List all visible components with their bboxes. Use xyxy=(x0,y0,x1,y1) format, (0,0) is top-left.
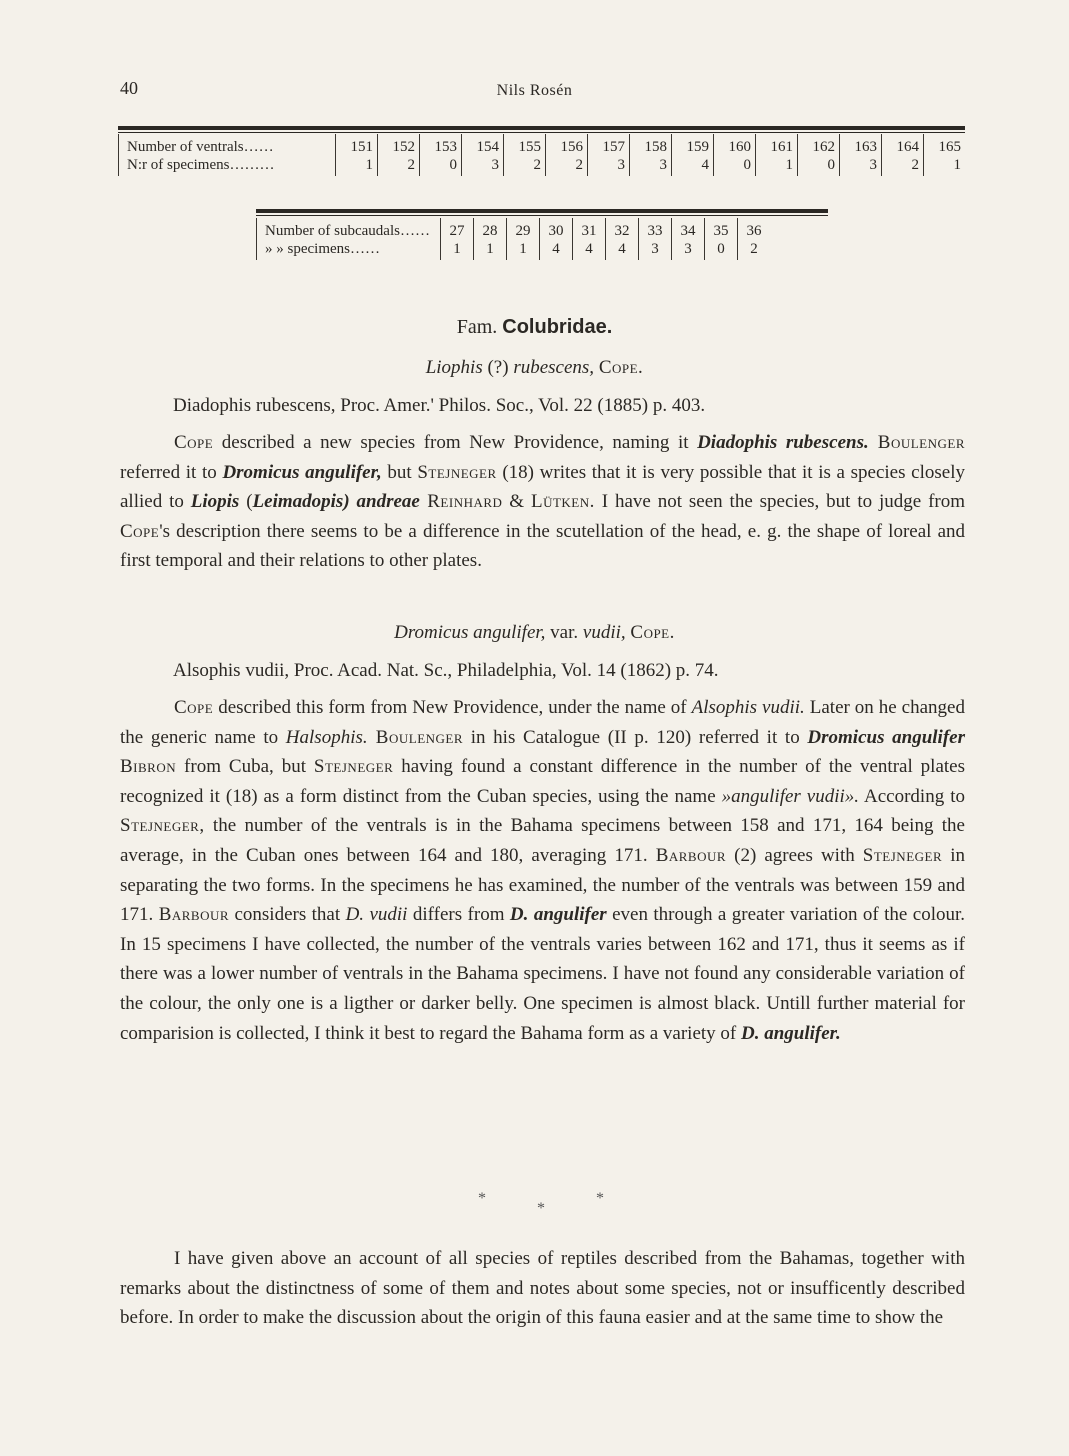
paragraph-summary: I have given above an account of all spe… xyxy=(120,1244,965,1333)
taxon-name: »angulifer vudii». xyxy=(722,786,859,807)
specimens-row: » » specimens……1114443302 xyxy=(257,240,770,260)
table-cell: 0 xyxy=(798,156,840,176)
text: in his Catalogue (II p. 120) referred it… xyxy=(463,727,807,748)
taxon-name: Alsophis vudii. xyxy=(692,697,805,718)
author-name: Boulenger xyxy=(869,432,965,453)
table-cell: 165 xyxy=(924,134,966,156)
taxon-name: Liopis xyxy=(191,491,240,512)
separator-star: * xyxy=(596,1190,604,1208)
table-cell: 160 xyxy=(714,134,756,156)
taxon-name: Dromicus angulifer xyxy=(807,727,965,748)
text: referred it to xyxy=(120,462,222,483)
ventrals-row: Number of ventrals……15115215315415515615… xyxy=(119,134,966,156)
author-name: Stejneger xyxy=(863,845,942,866)
text: described this form from New Providence,… xyxy=(213,697,691,718)
species-name: rubescens, xyxy=(513,357,594,378)
table-cell: 164 xyxy=(882,134,924,156)
table-cell: 163 xyxy=(840,134,882,156)
author-name: Barbour xyxy=(159,904,229,925)
separator-star: * xyxy=(478,1190,486,1208)
table-cell: 159 xyxy=(672,134,714,156)
table-cell: 2 xyxy=(882,156,924,176)
table-cell: 34 xyxy=(671,218,704,240)
reference-citation: Alsophis vudii, Proc. Acad. Nat. Sc., Ph… xyxy=(173,660,719,682)
table-cell: 162 xyxy=(798,134,840,156)
genus: Liophis xyxy=(426,357,483,378)
table-cell: 152 xyxy=(378,134,420,156)
taxon-name: Halsophis. xyxy=(286,727,368,748)
table-cell: 3 xyxy=(588,156,630,176)
author-name: Bibron xyxy=(120,756,176,777)
text: According to xyxy=(859,786,965,807)
separator-star: * xyxy=(537,1200,545,1218)
table-cell: 0 xyxy=(714,156,756,176)
family-name: Colubridae. xyxy=(502,316,612,338)
reference-citation: Diadophis rubescens, Proc. Amer.' Philos… xyxy=(173,395,705,417)
author: Cope. xyxy=(599,357,643,378)
table-cell: 2 xyxy=(378,156,420,176)
table-cell: 1 xyxy=(924,156,966,176)
table-cell: 4 xyxy=(572,240,605,260)
table-cell: 161 xyxy=(756,134,798,156)
taxon-name: Leimadopis) andreae xyxy=(253,491,420,512)
table-cell: 1 xyxy=(756,156,798,176)
table-cell: 29 xyxy=(506,218,539,240)
taxon-name: D. angulifer. xyxy=(741,1023,841,1044)
table-cell: 154 xyxy=(462,134,504,156)
author-name: Cope xyxy=(174,432,213,453)
table-cell: 28 xyxy=(473,218,506,240)
table-cell: 1 xyxy=(336,156,378,176)
author-name: Stejneger, xyxy=(120,815,205,836)
table-top-rule-thin xyxy=(118,132,965,133)
table-cell: 157 xyxy=(588,134,630,156)
text: ( xyxy=(239,491,252,512)
author-name: Reinhard xyxy=(420,491,503,512)
text: & xyxy=(502,491,531,512)
table-cell: 4 xyxy=(539,240,572,260)
text: (2) agrees with xyxy=(726,845,863,866)
text: but xyxy=(382,462,418,483)
table-cell: 0 xyxy=(704,240,737,260)
author: Cope. xyxy=(630,622,674,643)
author-name: Boulenger xyxy=(368,727,463,748)
table-cell: 156 xyxy=(546,134,588,156)
text: considers that xyxy=(229,904,346,925)
row-label: Number of ventrals…… xyxy=(119,134,336,156)
author-name: Barbour xyxy=(656,845,726,866)
table-cell: 151 xyxy=(336,134,378,156)
variety-label: var. xyxy=(550,622,578,643)
text: 's description there seems to be a diffe… xyxy=(120,521,965,572)
row-label: N:r of specimens……… xyxy=(119,156,336,176)
ventrals-table: Number of ventrals……15115215315415515615… xyxy=(118,134,965,176)
query-mark: (?) xyxy=(487,357,508,378)
table-cell: 32 xyxy=(605,218,638,240)
paragraph-liophis: Cope described a new species from New Pr… xyxy=(120,428,965,576)
text: differs from xyxy=(407,904,509,925)
table-top-rule-thin xyxy=(256,215,828,216)
table-cell: 4 xyxy=(672,156,714,176)
table-cell: 2 xyxy=(504,156,546,176)
table-cell: 0 xyxy=(420,156,462,176)
text: I have not seen the species, but to judg… xyxy=(595,491,965,512)
text: I have given above an account of all spe… xyxy=(120,1248,965,1328)
table-cell: 155 xyxy=(504,134,546,156)
table-cell: 4 xyxy=(605,240,638,260)
family-heading: Fam. Colubridae. xyxy=(0,316,1069,339)
taxon-name: Diadophis rubescens. xyxy=(697,432,869,453)
table-cell: 158 xyxy=(630,134,672,156)
running-head: Nils Rosén xyxy=(0,82,1069,100)
table-top-rule xyxy=(118,126,965,130)
table-cell: 2 xyxy=(546,156,588,176)
table-cell: 33 xyxy=(638,218,671,240)
taxon-name: D. vudii xyxy=(346,904,408,925)
paragraph-dromicus: Cope described this form from New Provid… xyxy=(120,693,965,1048)
table-cell: 31 xyxy=(572,218,605,240)
taxon-name: D. angulifer xyxy=(510,904,607,925)
table-cell: 2 xyxy=(737,240,770,260)
text: described a new species from New Provide… xyxy=(213,432,697,453)
author-name: Lütken. xyxy=(531,491,595,512)
table-cell: 3 xyxy=(630,156,672,176)
author-name: Cope xyxy=(120,521,159,542)
row-label: Number of subcaudals…… xyxy=(257,218,441,240)
table-cell: 3 xyxy=(671,240,704,260)
row-label: » » specimens…… xyxy=(257,240,441,260)
text: from Cuba, but xyxy=(176,756,314,777)
species-heading-dromicus: Dromicus angulifer, var. vudii, Cope. xyxy=(0,622,1069,644)
table-cell: 35 xyxy=(704,218,737,240)
author-name: Cope xyxy=(174,697,213,718)
genus: Dromicus angulifer, xyxy=(394,622,545,643)
table-cell: 3 xyxy=(638,240,671,260)
specimens-row: N:r of specimens………120322334010321 xyxy=(119,156,966,176)
table-cell: 3 xyxy=(840,156,882,176)
table-cell: 3 xyxy=(462,156,504,176)
taxon-name: Dromicus angulifer, xyxy=(222,462,381,483)
table-cell: 1 xyxy=(440,240,473,260)
table-cell: 27 xyxy=(440,218,473,240)
family-prefix: Fam. xyxy=(457,316,498,338)
author-name: Stejneger xyxy=(314,756,393,777)
species-heading-liophis: Liophis (?) rubescens, Cope. xyxy=(0,357,1069,379)
subcaudals-table: Number of subcaudals……272829303132333435… xyxy=(256,218,770,260)
table-cell: 30 xyxy=(539,218,572,240)
table-cell: 1 xyxy=(473,240,506,260)
table-cell: 153 xyxy=(420,134,462,156)
species-name: vudii, xyxy=(583,622,626,643)
author-name: Stejneger xyxy=(417,462,496,483)
table-top-rule xyxy=(256,209,828,213)
subcaudals-row: Number of subcaudals……272829303132333435… xyxy=(257,218,770,240)
table-cell: 36 xyxy=(737,218,770,240)
table-cell: 1 xyxy=(506,240,539,260)
